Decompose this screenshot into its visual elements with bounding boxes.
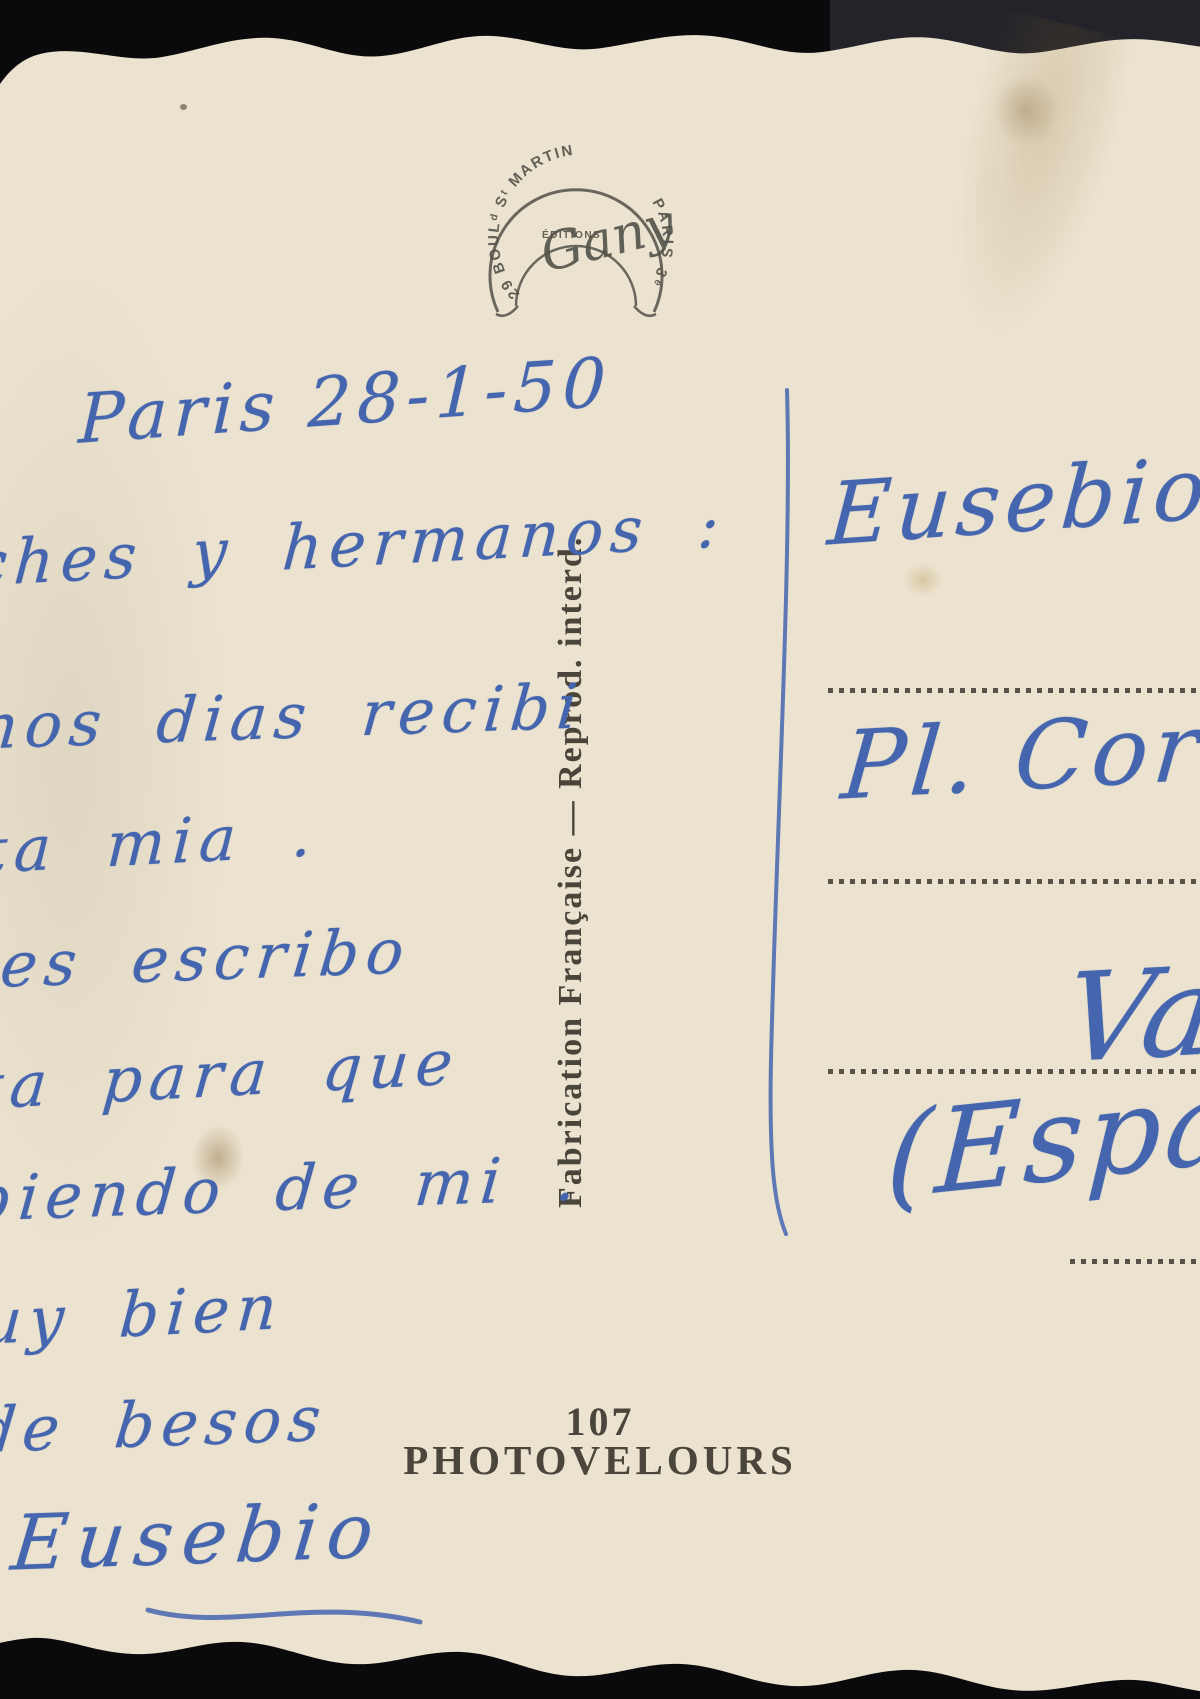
postcard-scan: 29 BOULᵈ Sᵗ MARTIN PARIS 3ᵉ ÉDITIONS Gan…	[0, 0, 1200, 1699]
swash-stroke	[148, 1610, 420, 1622]
signature-swash	[0, 0, 1200, 1699]
